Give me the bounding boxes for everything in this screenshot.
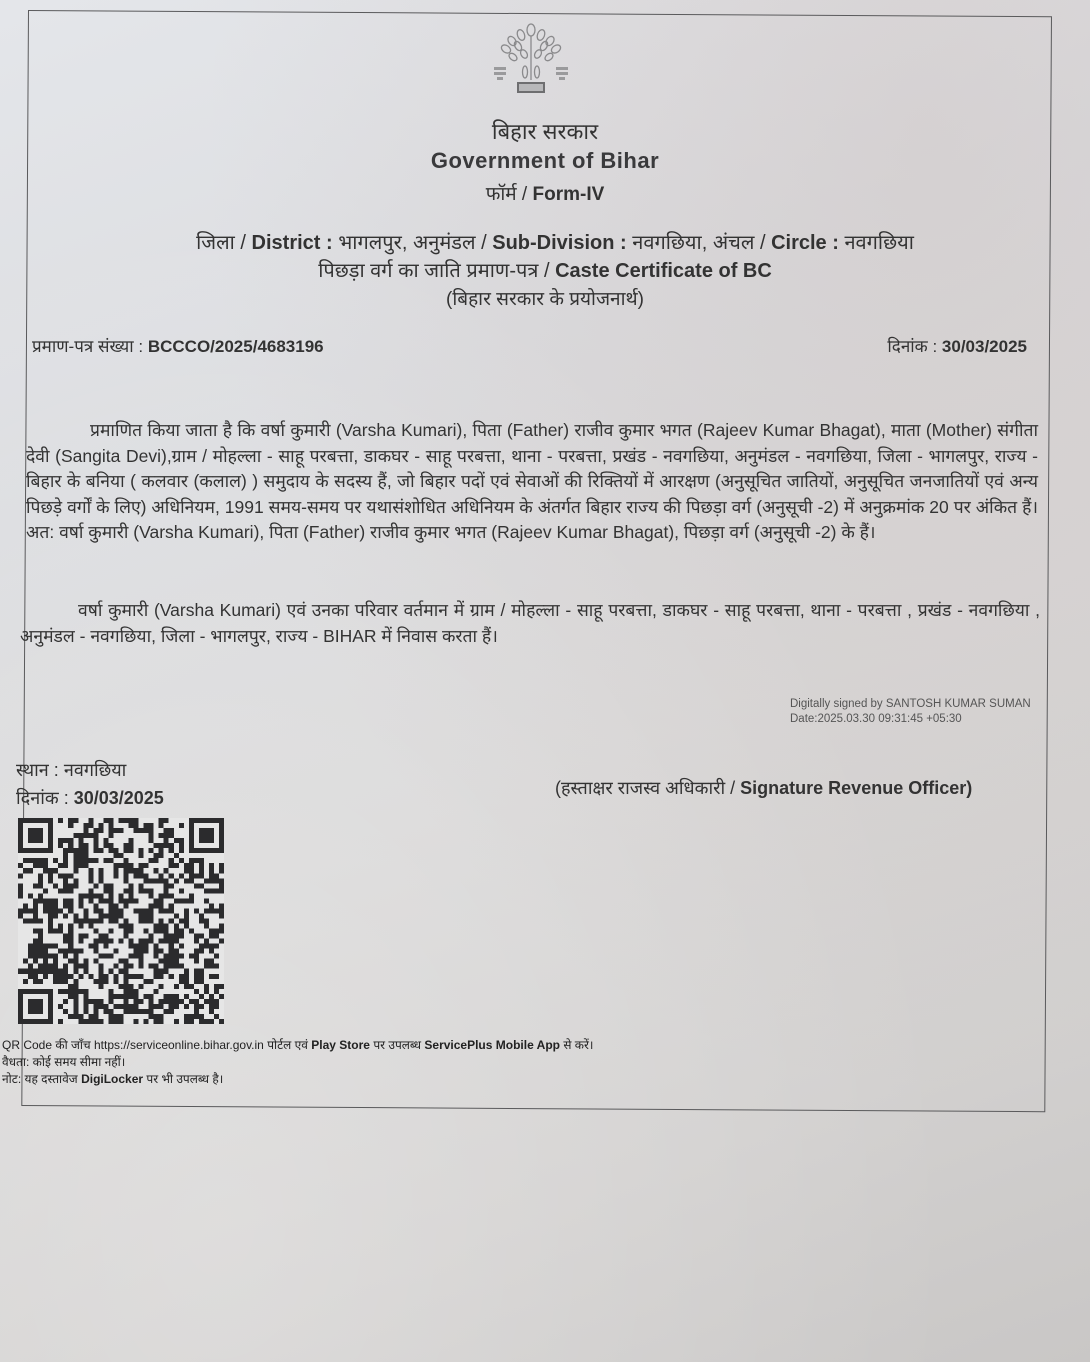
certificate-number: प्रमाण-पत्र संख्या : BCCCO/2025/4683196	[32, 334, 324, 357]
digilocker-note-suffix: पर भी उपलब्ध है।	[143, 1072, 223, 1086]
place-label: स्थान :	[16, 760, 59, 780]
subdivision-label-hindi: अनुमंडल /	[413, 232, 487, 254]
jurisdiction-line: जिला / District : भागलपुर, अनुमंडल / Sub…	[10, 228, 1090, 255]
certificate-title-english: Caste Certificate of BC	[555, 260, 772, 282]
certificate-date-label: दिनांक :	[887, 337, 937, 356]
certification-paragraph: प्रमाणित किया जाता है कि वर्षा कुमारी (V…	[26, 418, 1038, 546]
circle-label-hindi: अंचल /	[713, 232, 766, 254]
government-title-english: Government of Bihar	[0, 148, 1090, 174]
subdivision-value: नवगछिया,	[632, 232, 707, 254]
district-label-hindi: जिला /	[196, 232, 246, 254]
issue-date-value: 30/03/2025	[74, 788, 164, 808]
digital-signature: Digitally signed by SANTOSH KUMAR SUMAN …	[790, 697, 1031, 727]
certificate-number-label: प्रमाण-पत्र संख्या :	[32, 337, 143, 356]
certificate-date-value: 30/03/2025	[942, 337, 1027, 356]
certificate-title: पिछड़ा वर्ग का जाति प्रमाण-पत्र / Caste …	[0, 256, 1090, 283]
validity-note: वैधता: कोई समय सीमा नहीं।	[2, 1054, 593, 1071]
subdivision-label-english: Sub-Division :	[492, 232, 626, 254]
signature-label-hindi: (हस्ताक्षर राजस्व अधिकारी /	[555, 778, 735, 798]
certificate-number-value: BCCCO/2025/4683196	[148, 337, 324, 356]
digilocker-note: नोट: यह दस्तावेज DigiLocker पर भी उपलब्ध…	[2, 1071, 593, 1088]
qr-note-mid: पर उपलब्ध	[370, 1038, 424, 1052]
residence-paragraph: वर्षा कुमारी (Varsha Kumari) एवं उनका पर…	[20, 598, 1040, 649]
bihar-emblem-icon	[488, 22, 574, 94]
circle-value: नवगछिया	[844, 232, 913, 254]
qr-code-icon[interactable]	[18, 818, 224, 1024]
circle-label-english: Circle :	[771, 232, 839, 254]
place-value: नवगछिया	[64, 760, 127, 780]
certificate-date: दिनांक : 30/03/2025	[887, 334, 1027, 357]
form-label-hindi: फॉर्म /	[486, 184, 528, 205]
district-label-english: District :	[252, 232, 333, 254]
signature-label-english: Signature Revenue Officer)	[740, 778, 972, 798]
certificate-title-hindi: पिछड़ा वर्ग का जाति प्रमाण-पत्र /	[318, 260, 549, 282]
footer-notes: QR Code की जाँच https://serviceonline.bi…	[2, 1037, 593, 1088]
certificate-meta-row: प्रमाण-पत्र संख्या : BCCCO/2025/4683196 …	[32, 334, 1027, 357]
form-label-english: Form-IV	[533, 184, 605, 205]
serviceplus-app-text: ServicePlus Mobile App	[424, 1038, 560, 1052]
government-title-hindi: बिहार सरकार	[0, 116, 1090, 146]
qr-note-suffix: से करें।	[560, 1038, 593, 1052]
district-value: भागलपुर,	[338, 232, 407, 254]
place-line: स्थान : नवगछिया	[16, 756, 164, 784]
signature-label: (हस्ताक्षर राजस्व अधिकारी / Signature Re…	[555, 776, 972, 800]
play-store-text: Play Store	[311, 1038, 370, 1052]
issue-date-line: दिनांक : 30/03/2025	[16, 784, 164, 812]
issue-date-label: दिनांक :	[16, 788, 69, 808]
place-date-block: स्थान : नवगछिया दिनांक : 30/03/2025	[16, 756, 164, 812]
digilocker-note-prefix: नोट: यह दस्तावेज	[2, 1072, 81, 1086]
qr-note-text: QR Code की जाँच https://serviceonline.bi…	[2, 1038, 311, 1052]
digilocker-name: DigiLocker	[81, 1072, 143, 1086]
digital-signature-date: Date:2025.03.30 09:31:45 +05:30	[790, 712, 1031, 727]
certificate-purpose: (बिहार सरकार के प्रयोजनार्थ)	[0, 285, 1090, 311]
digital-signature-signer: Digitally signed by SANTOSH KUMAR SUMAN	[790, 697, 1031, 712]
qr-verification-note: QR Code की जाँच https://serviceonline.bi…	[2, 1037, 593, 1054]
form-number: फॉर्म / Form-IV	[0, 180, 1090, 206]
